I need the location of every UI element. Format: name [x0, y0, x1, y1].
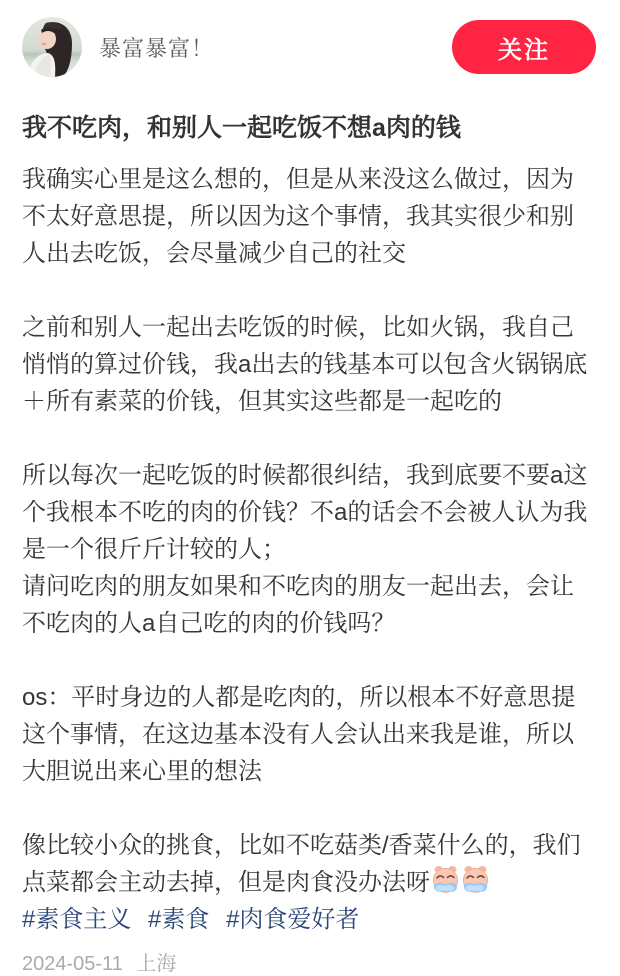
paragraph-text: 像比较小众的挑食，比如不吃菇类/香菜什么的，我们点菜都会主动去掉，但是肉食没办法…: [22, 832, 581, 896]
follow-button[interactable]: 关注: [452, 20, 596, 74]
post-meta: 2024-05-11 上海: [22, 950, 596, 976]
paragraph: 像比较小众的挑食，比如不吃菇类/香菜什么的，我们点菜都会主动去掉，但是肉食没办法…: [22, 827, 596, 901]
avatar-photo: [22, 17, 82, 77]
paragraph: 所以每次一起吃饭的时候都很纠结，我到底要不要a这个我根本不吃的肉的价钱？不a的话…: [22, 457, 596, 568]
post-page: 暴富暴富！ 关注 我不吃肉，和别人一起吃饭不想a肉的钱 我确实心里是这么想的，但…: [0, 0, 620, 976]
username[interactable]: 暴富暴富！: [99, 32, 452, 63]
paragraph: 之前和别人一起出去吃饭的时候，比如火锅，我自己悄悄的算过价钱，我a出去的钱基本可…: [22, 309, 596, 420]
paragraph: 请问吃肉的朋友如果和不吃肉的朋友一起出去，会让不吃肉的人a自己吃的肉的价钱吗？: [22, 568, 596, 642]
post-location: 上海: [136, 953, 176, 975]
paragraph: os：平时身边的人都是吃肉的，所以根本不好意思提这个事情，在这边基本没有人会认出…: [22, 679, 596, 790]
hashtag-meat-lovers[interactable]: #肉食爱好者: [226, 906, 359, 933]
hashtag-row: #素食主义 #素食 #肉食爱好者: [22, 901, 596, 938]
post-body: 我确实心里是这么想的，但是从来没这么做过，因为不太好意思提，所以因为这个事情，我…: [22, 161, 596, 938]
crying-face-emoji: [431, 865, 460, 894]
post-title: 我不吃肉，和别人一起吃饭不想a肉的钱: [22, 110, 596, 146]
post-date: 2024-05-11: [22, 953, 123, 975]
crying-face-emoji: [461, 865, 490, 894]
hashtag-vegetarian-food[interactable]: #素食: [148, 906, 209, 933]
avatar[interactable]: [22, 17, 82, 77]
post-header: 暴富暴富！ 关注: [22, 17, 596, 77]
paragraph: 我确实心里是这么想的，但是从来没这么做过，因为不太好意思提，所以因为这个事情，我…: [22, 161, 596, 272]
hashtag-vegetarianism[interactable]: #素食主义: [22, 906, 131, 933]
